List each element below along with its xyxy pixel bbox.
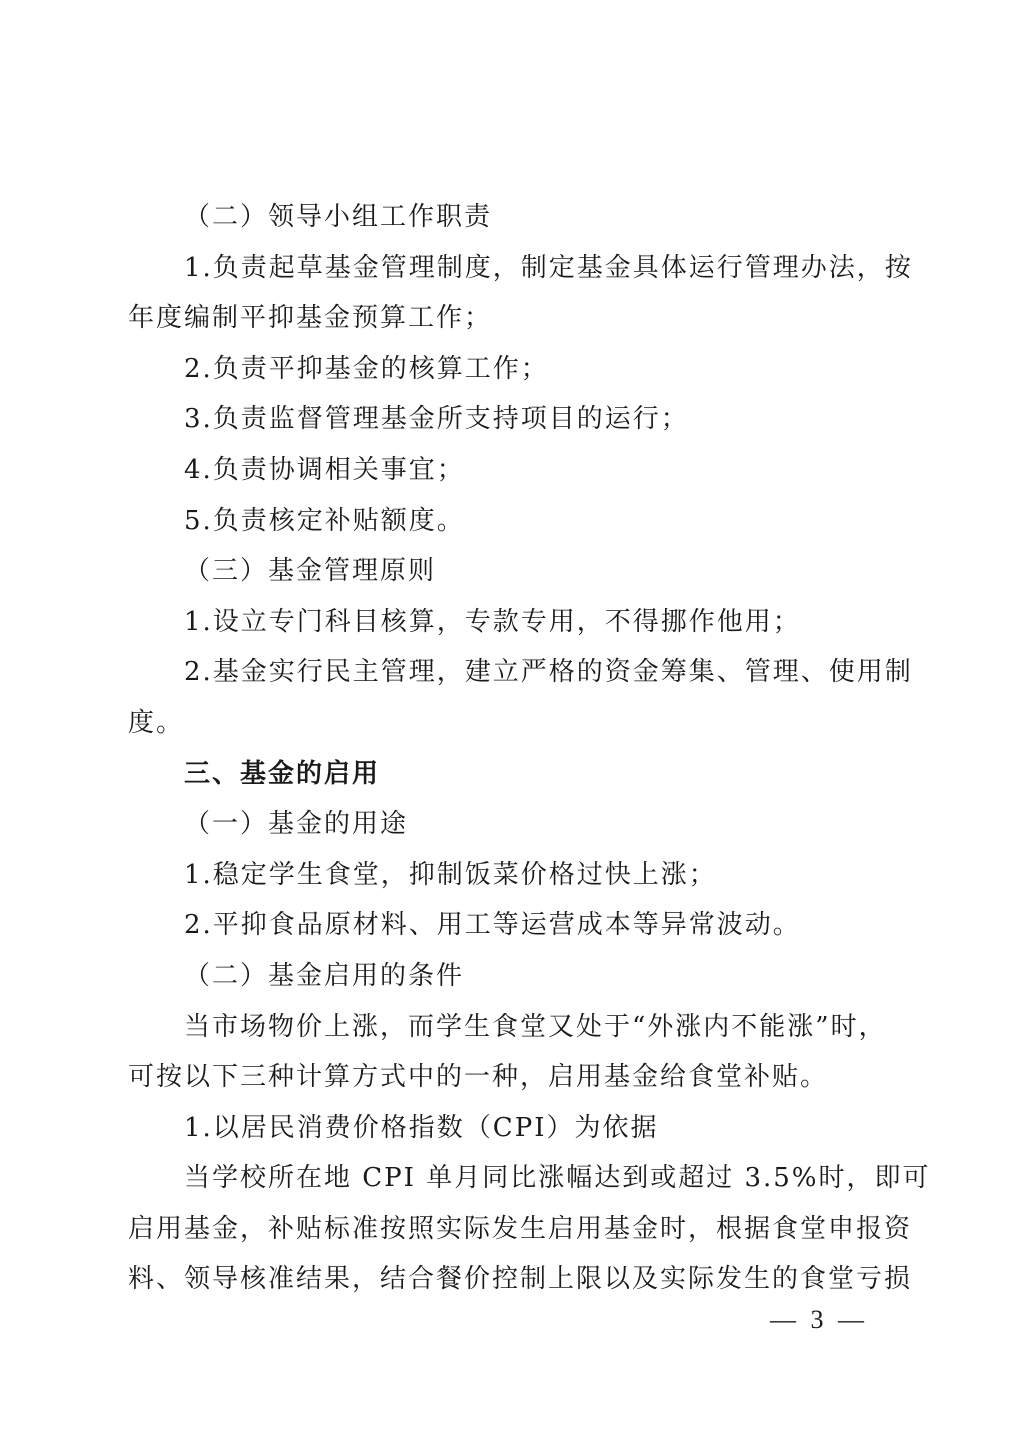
subheading-management-principles: （三）基金管理原则 xyxy=(128,546,886,597)
section-heading-fund-activation: 三、基金的启用 xyxy=(128,749,886,800)
cpi-paragraph-line-2: 启用基金，补贴标准按照实际发生启用基金时，根据食堂申报资 xyxy=(128,1204,886,1255)
principle-item-1: 1.设立专门科目核算，专款专用，不得挪作他用； xyxy=(128,597,886,648)
subheading-fund-usage: （一）基金的用途 xyxy=(128,799,886,850)
usage-item-1: 1.稳定学生食堂，抑制饭菜价格过快上涨； xyxy=(128,850,886,901)
cpi-paragraph-line-3: 料、领导核准结果，结合餐价控制上限以及实际发生的食堂亏损 xyxy=(128,1254,886,1305)
duty-item-1-continued: 年度编制平抑基金预算工作； xyxy=(128,293,886,344)
principle-item-2: 2.基金实行民主管理，建立严格的资金筹集、管理、使用制 xyxy=(128,647,886,698)
condition-item-1-cpi: 1.以居民消费价格指数（CPI）为依据 xyxy=(128,1103,886,1154)
conditions-paragraph: 当市场物价上涨，而学生食堂又处于“外涨内不能涨”时， xyxy=(128,1002,886,1053)
usage-item-2: 2.平抑食品原材料、用工等运营成本等异常波动。 xyxy=(128,900,886,951)
principle-item-2-continued: 度。 xyxy=(128,698,886,749)
cpi-paragraph-line-1: 当学校所在地 CPI 单月同比涨幅达到或超过 3.5%时，即可 xyxy=(128,1153,886,1204)
duty-item-3: 3.负责监督管理基金所支持项目的运行； xyxy=(128,394,886,445)
subheading-leadership-duties: （二）领导小组工作职责 xyxy=(128,192,886,243)
subheading-activation-conditions: （二）基金启用的条件 xyxy=(128,951,886,1002)
duty-item-4: 4.负责协调相关事宜； xyxy=(128,445,886,496)
duty-item-5: 5.负责核定补贴额度。 xyxy=(128,496,886,547)
document-page: （二）领导小组工作职责 1.负责起草基金管理制度，制定基金具体运行管理办法，按 … xyxy=(128,192,886,1305)
duty-item-1: 1.负责起草基金管理制度，制定基金具体运行管理办法，按 xyxy=(128,243,886,294)
duty-item-2: 2.负责平抑基金的核算工作； xyxy=(128,344,886,395)
conditions-paragraph-continued: 可按以下三种计算方式中的一种，启用基金给食堂补贴。 xyxy=(128,1052,886,1103)
page-number: — 3 — xyxy=(770,1305,868,1335)
